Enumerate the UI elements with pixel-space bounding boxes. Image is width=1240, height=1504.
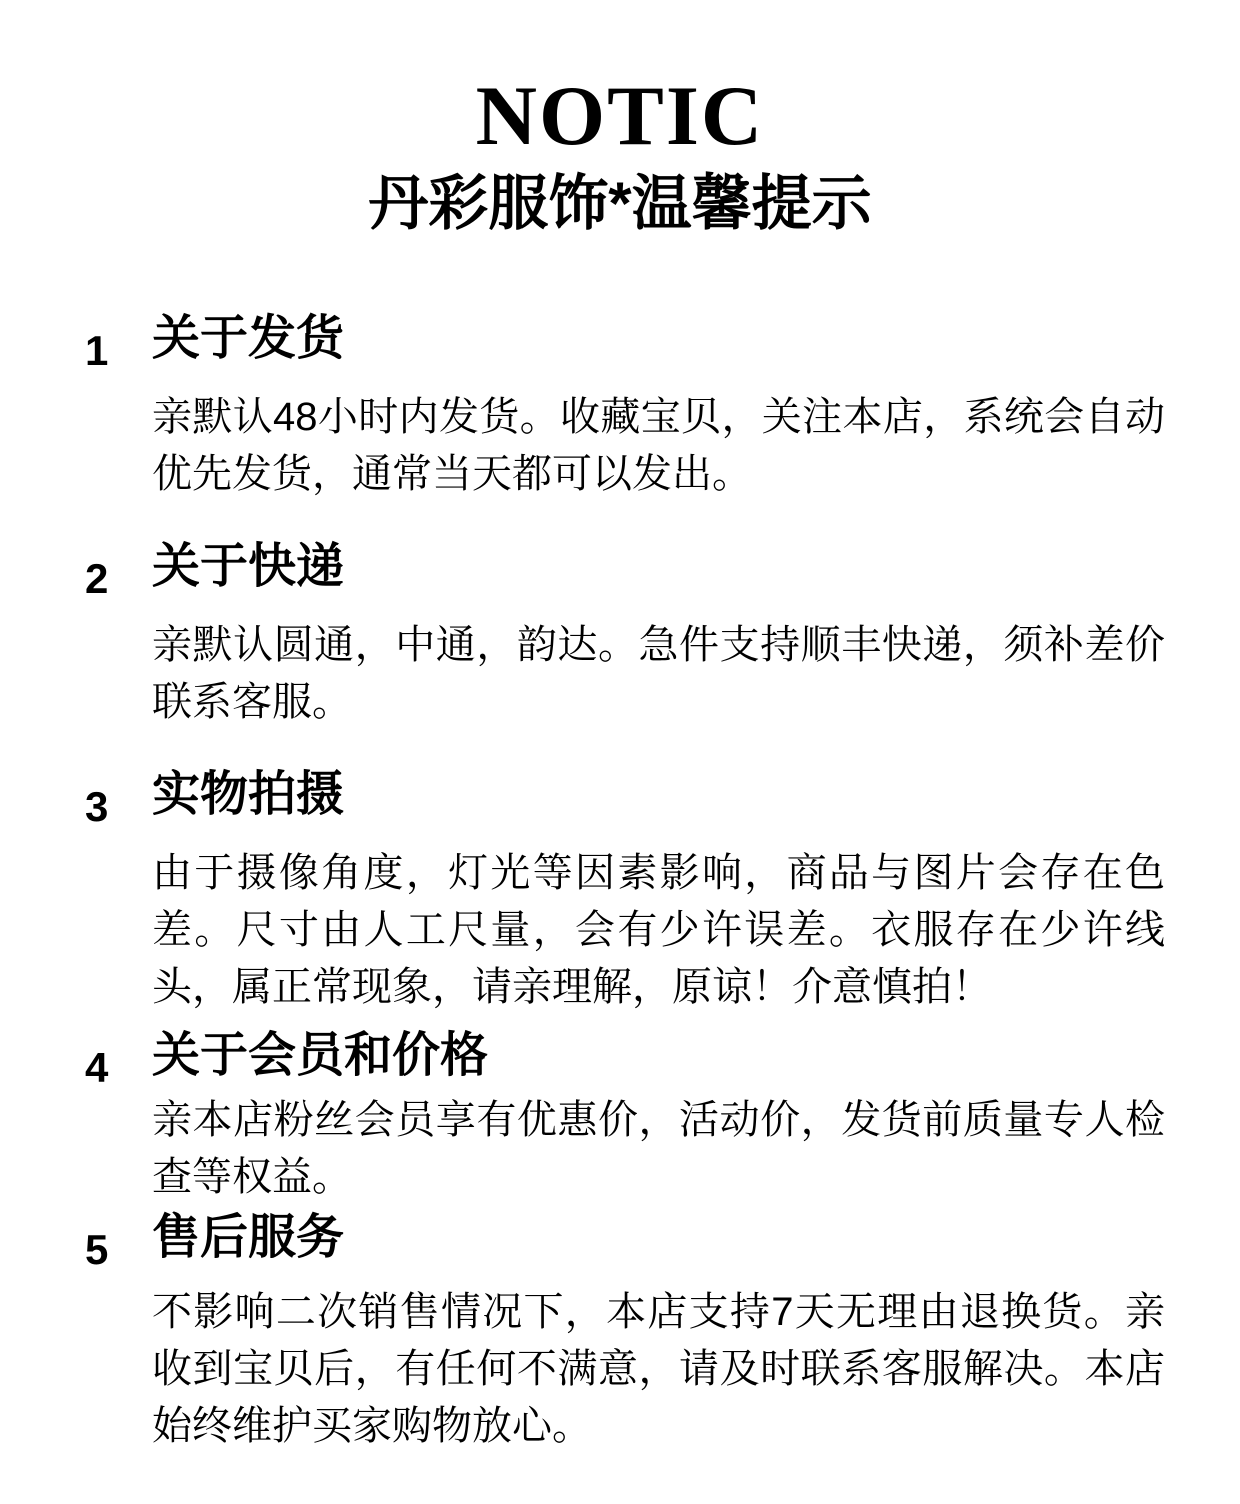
section-content: 关于快递 亲默认圆通，中通，韵达。急件支持顺丰快递，须补差价联系客服。 [152, 543, 1165, 731]
section-body: 亲默认圆通，中通，韵达。急件支持顺丰快递，须补差价联系客服。 [152, 617, 1165, 731]
notice-page: NOTIC 丹彩服饰*温馨提示 1 关于发货 亲默认48小时内发货。收藏宝贝，关… [0, 0, 1240, 1504]
section-number: 5 [85, 1214, 152, 1274]
section-heading: 关于快递 [152, 543, 1165, 591]
section-number: 2 [85, 543, 152, 603]
section-body: 亲本店粉丝会员享有优惠价，活动价，发货前质量专人检查等权益。 [152, 1092, 1165, 1206]
section-heading: 售后服务 [152, 1214, 1165, 1262]
notice-header: NOTIC 丹彩服饰*温馨提示 [0, 70, 1240, 237]
notice-title: NOTIC [0, 70, 1240, 163]
section-number: 4 [85, 1032, 152, 1092]
section-heading: 实物拍摄 [152, 771, 1165, 819]
section-number: 1 [85, 315, 152, 375]
section-body: 不影响二次销售情况下，本店支持7天无理由退换货。亲收到宝贝后，有任何不满意，请及… [152, 1284, 1165, 1455]
section-after-sales: 5 售后服务 不影响二次销售情况下，本店支持7天无理由退换货。亲收到宝贝后，有任… [0, 1214, 1240, 1455]
section-heading: 关于发货 [152, 315, 1165, 363]
shop-subtitle: 丹彩服饰*温馨提示 [0, 171, 1240, 237]
section-body: 由于摄像角度，灯光等因素影响，商品与图片会存在色差。尺寸由人工尺量，会有少许误差… [152, 845, 1165, 1016]
notice-sections: 1 关于发货 亲默认48小时内发货。收藏宝贝，关注本店，系统会自动优先发货，通常… [0, 315, 1240, 1455]
section-body: 亲默认48小时内发货。收藏宝贝，关注本店，系统会自动优先发货，通常当天都可以发出… [152, 389, 1165, 503]
section-photography: 3 实物拍摄 由于摄像角度，灯光等因素影响，商品与图片会存在色差。尺寸由人工尺量… [0, 771, 1240, 1016]
section-membership-price: 4 关于会员和价格 亲本店粉丝会员享有优惠价，活动价，发货前质量专人检查等权益。 [0, 1032, 1240, 1206]
section-content: 关于会员和价格 亲本店粉丝会员享有优惠价，活动价，发货前质量专人检查等权益。 [152, 1032, 1165, 1206]
section-heading: 关于会员和价格 [152, 1032, 1165, 1080]
section-express: 2 关于快递 亲默认圆通，中通，韵达。急件支持顺丰快递，须补差价联系客服。 [0, 543, 1240, 731]
section-content: 实物拍摄 由于摄像角度，灯光等因素影响，商品与图片会存在色差。尺寸由人工尺量，会… [152, 771, 1165, 1016]
section-shipping: 1 关于发货 亲默认48小时内发货。收藏宝贝，关注本店，系统会自动优先发货，通常… [0, 315, 1240, 503]
section-number: 3 [85, 771, 152, 831]
section-content: 售后服务 不影响二次销售情况下，本店支持7天无理由退换货。亲收到宝贝后，有任何不… [152, 1214, 1165, 1455]
section-content: 关于发货 亲默认48小时内发货。收藏宝贝，关注本店，系统会自动优先发货，通常当天… [152, 315, 1165, 503]
